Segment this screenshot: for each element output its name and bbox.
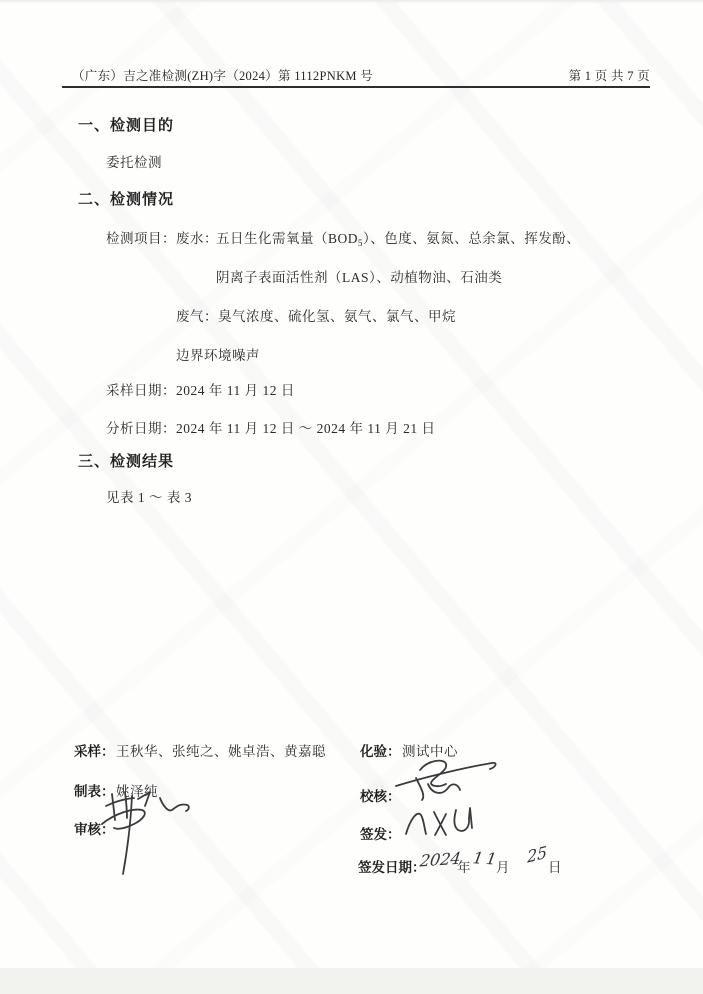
analysis-date-value: 2024 年 11 月 12 日 ～ 2024 年 11 月 21 日: [176, 417, 436, 437]
section3-content: 见表 1 ～ 表 3: [106, 486, 192, 506]
sampling-names: 王秋华、张纯之、姚卓浩、黄嘉聪: [116, 740, 326, 760]
section2-title: 二、检测情况: [78, 188, 174, 209]
lab-value: 测试中心: [402, 740, 458, 760]
gas-items: 臭气浓度、硫化氢、氨气、氯气、甲烷: [218, 309, 456, 324]
issue-label: 签发：: [360, 823, 401, 843]
wastewater-line1-post: ）、色度、氨氮、总余氯、挥发酚、: [363, 231, 580, 246]
section1-title: 一、检测目的: [78, 114, 174, 135]
sampling-date-value: 2024 年 11 月 12 日: [176, 379, 295, 399]
day-unit: 日: [548, 856, 562, 876]
section1-content: 委托检测: [106, 151, 162, 171]
noise-item: 边界环境噪声: [176, 344, 260, 364]
check-label: 校核：: [360, 785, 401, 805]
sampling-label: 采样：: [74, 740, 115, 760]
tabulation-name: 姚泽纯: [116, 780, 158, 800]
wastewater-label: 废水：: [176, 227, 218, 247]
sampling-date-label: 采样日期：: [106, 379, 176, 399]
wastewater-line1-pre: 五日生化需氧量（BOD: [216, 231, 358, 246]
checker-signature: [392, 754, 508, 804]
lab-label: 化验：: [360, 740, 401, 760]
analysis-date-label: 分析日期：: [106, 417, 176, 437]
issue-date-day-handwritten: 25: [527, 842, 547, 867]
gas-label: 废气：: [176, 309, 218, 324]
review-label: 审核：: [74, 818, 115, 838]
gas-line: 废气：臭气浓度、硫化氢、氨气、氯气、甲烷: [176, 305, 456, 325]
report-page: （广东）吉之准检测(ZH)字（2024）第 1112PNKM 号 第 1 页 共…: [0, 0, 703, 994]
month-unit: 月: [496, 856, 510, 876]
section3-title: 三、检测结果: [78, 450, 174, 471]
project-label: 检测项目：: [106, 227, 176, 247]
issue-date-year-handwritten: 2024: [419, 848, 462, 870]
page-number: 第 1 页 共 7 页: [569, 66, 650, 84]
year-unit: 年: [457, 856, 471, 876]
document-number: （广东）吉之准检测(ZH)字（2024）第 1112PNKM 号: [72, 66, 373, 84]
header-rule: [62, 86, 650, 88]
issuer-signature: [400, 802, 488, 844]
wastewater-items-line1: 五日生化需氧量（BOD5）、色度、氨氮、总余氯、挥发酚、: [216, 227, 580, 248]
scan-edge-bottom: [0, 968, 703, 994]
wastewater-items-line2: 阴离子表面活性剂（LAS）、动植物油、石油类: [216, 266, 502, 286]
issue-date-label: 签发日期：: [358, 856, 426, 876]
scan-edge-top: [0, 0, 703, 4]
tabulation-label: 制表：: [74, 780, 115, 800]
